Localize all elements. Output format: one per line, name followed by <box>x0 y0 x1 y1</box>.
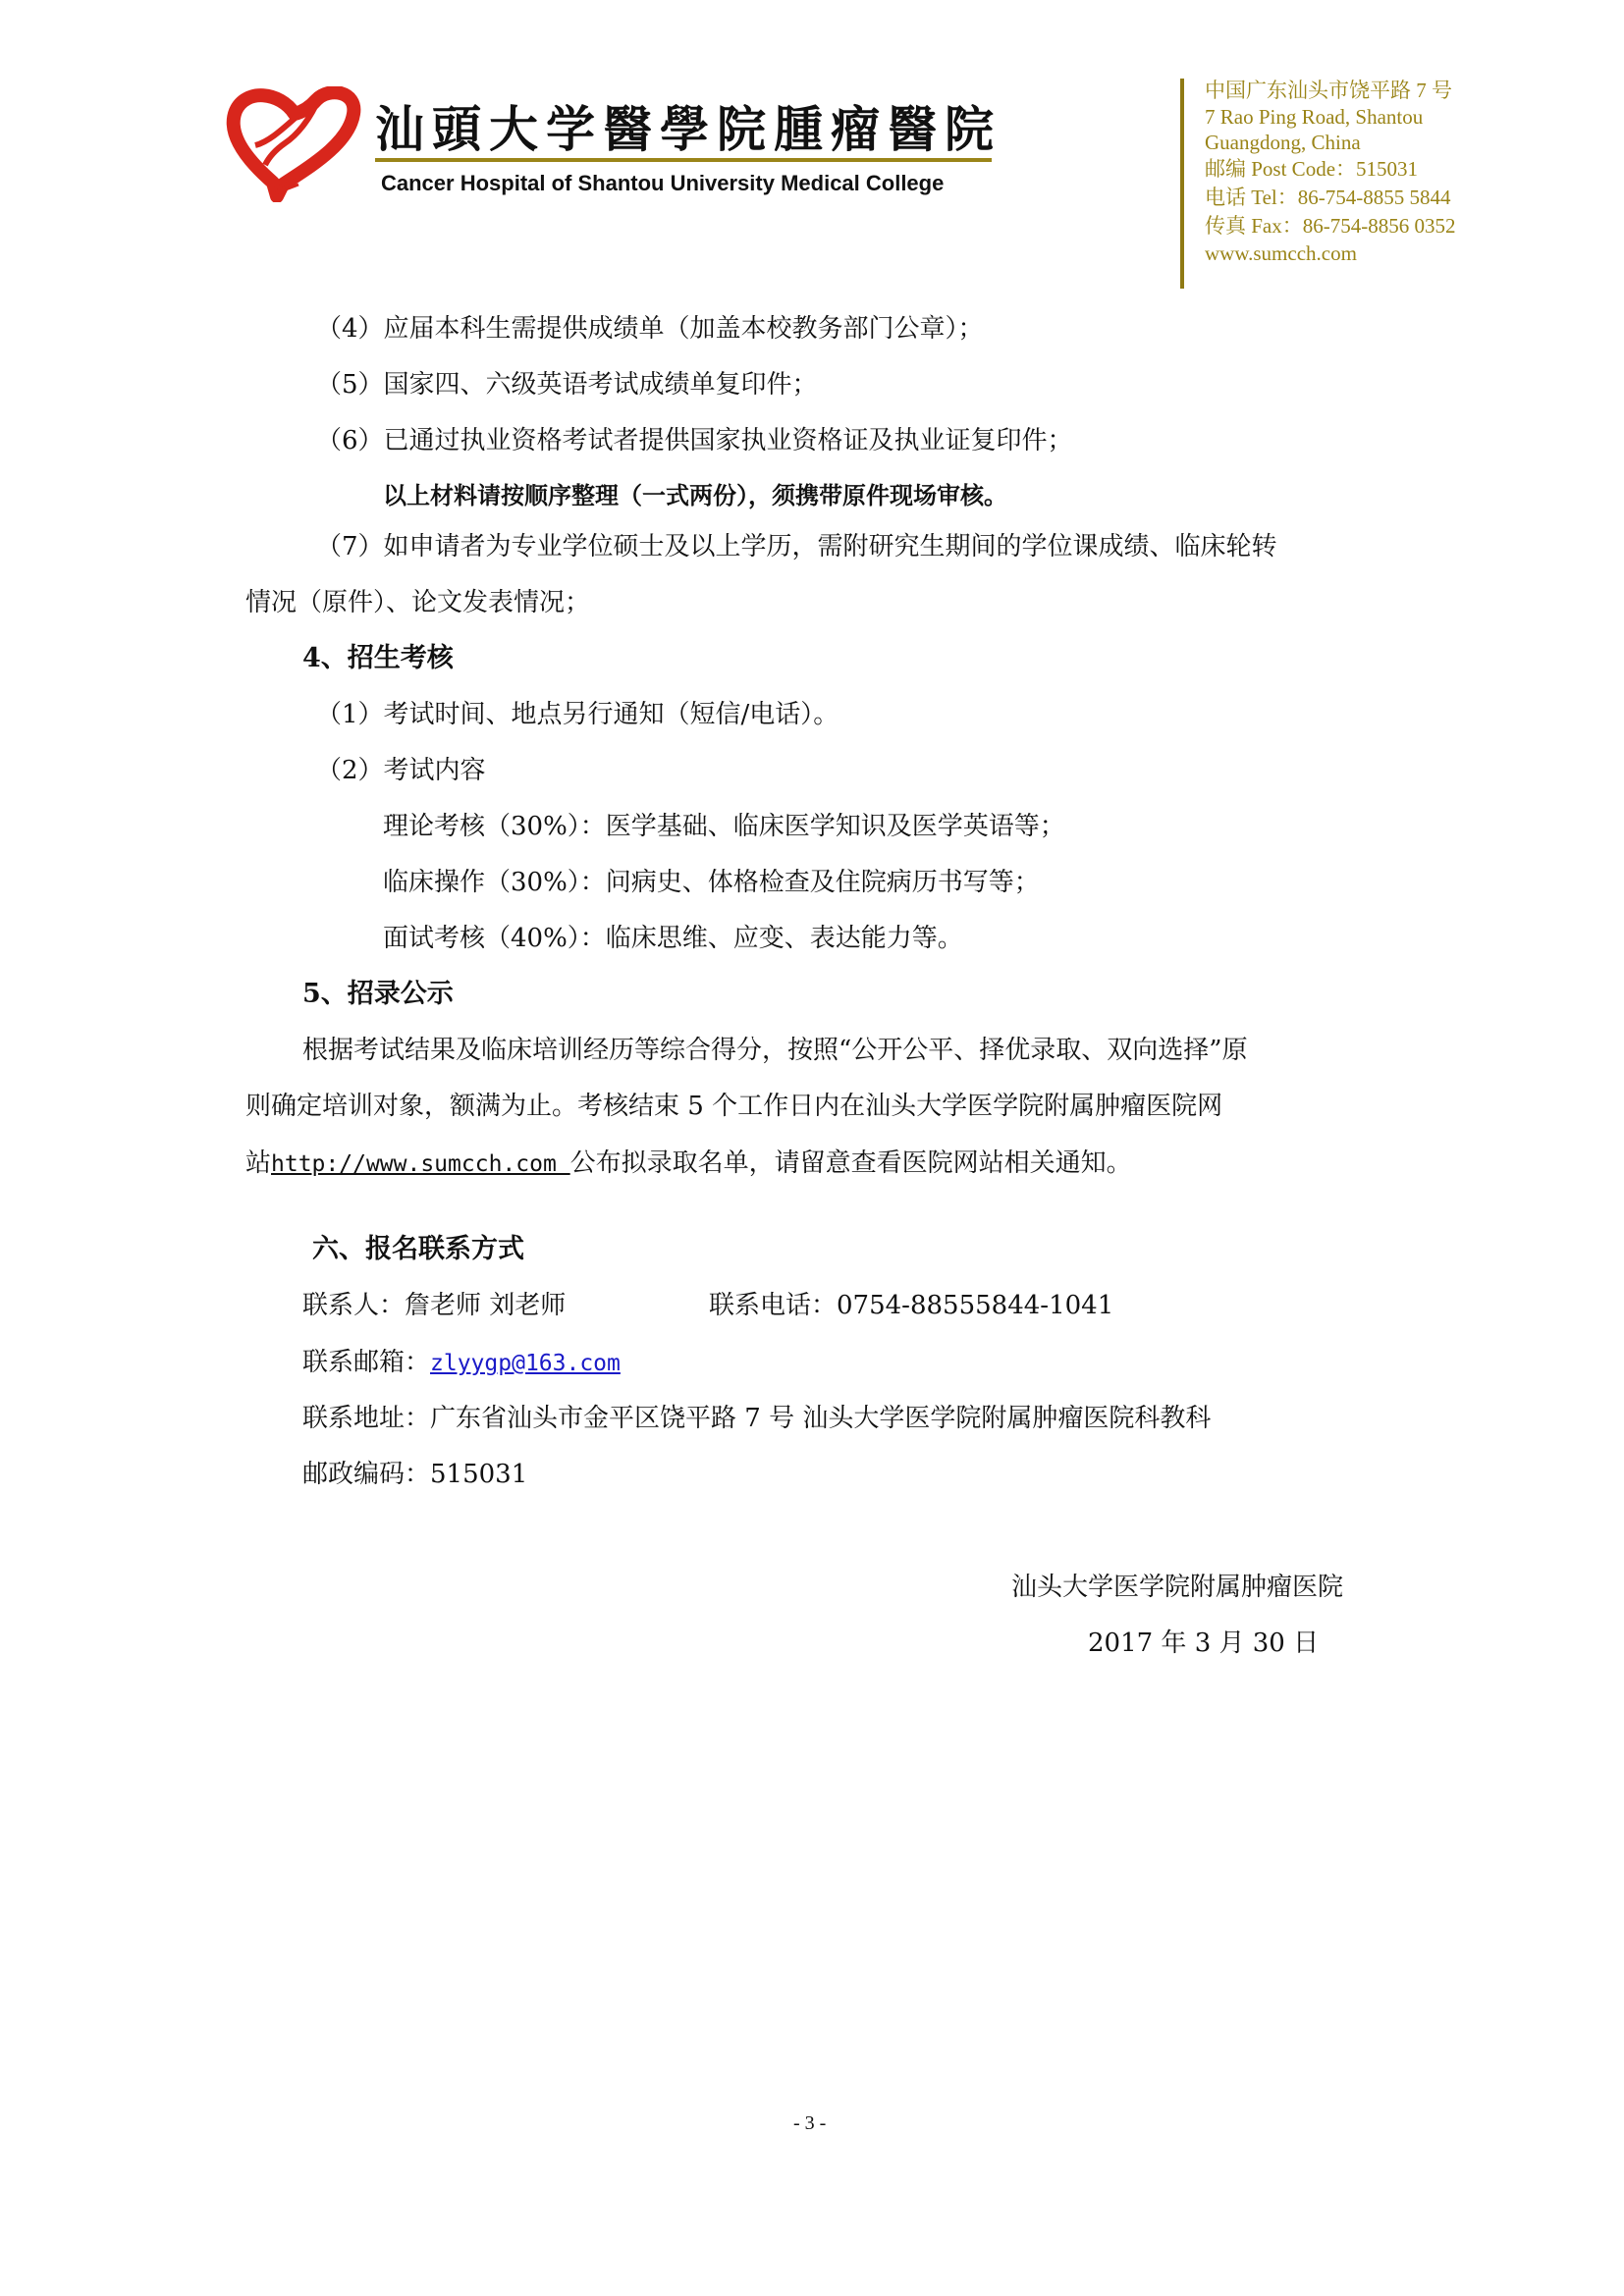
item-7-line-2: 情况（原件）、论文发表情况； <box>245 586 590 619</box>
contact-phone-row: 联系电话：0754-88555844-1041 <box>709 1289 1113 1322</box>
section-5-line-3: 站http://www.sumcch.com 公布拟录取名单，请留意查看医院网站… <box>245 1147 1132 1181</box>
section-4-title: 4、招生考核 <box>302 642 454 675</box>
address-fax: 传真 Fax：86-754-8856 0352 <box>1205 213 1456 240</box>
address-line-cn: 中国广东汕头市饶平路 7 号 <box>1205 78 1452 104</box>
section-5-line-3-prefix: 站 <box>245 1148 271 1178</box>
item-5: （5）国家四、六级英语考试成绩单复印件； <box>316 368 818 401</box>
signature-org: 汕头大学医学院附属肿瘤医院 <box>1011 1571 1343 1604</box>
contact-postcode-value: 515031 <box>430 1460 527 1489</box>
exam-part-theory: 理论考核（30%）：医学基础、临床医学知识及医学英语等； <box>383 810 1065 843</box>
page-number: - 3 - <box>793 2112 826 2135</box>
contact-email-row: 联系邮箱：zlyygp@163.com <box>302 1346 621 1380</box>
exam-part-interview: 面试考核（40%）：临床思维、应变、表达能力等。 <box>383 922 963 955</box>
materials-note: 以上材料请按顺序整理（一式两份），须携带原件现场审核。 <box>383 479 1007 512</box>
header-divider <box>375 158 992 162</box>
section-4-item-2: （2）考试内容 <box>316 754 486 787</box>
section-5-title: 5、招录公示 <box>302 978 454 1011</box>
address-line-street: 7 Rao Ping Road, Shantou <box>1205 104 1423 131</box>
section-5-line-3-suffix: 公布拟录取名单，请留意查看医院网站相关通知。 <box>570 1148 1132 1178</box>
item-4: （4）应届本科生需提供成绩单（加盖本校教务部门公章）； <box>316 312 984 346</box>
signature-date: 2017 年 3 月 30 日 <box>1088 1627 1319 1660</box>
contact-person-label: 联系人： <box>302 1291 405 1320</box>
contact-postcode-label: 邮政编码： <box>302 1460 430 1489</box>
exam-part-clinical: 临床操作（30%）：问病史、体格检查及住院病历书写等； <box>383 866 1040 899</box>
contact-email-label: 联系邮箱： <box>302 1348 430 1377</box>
section-5-line-1: 根据考试结果及临床培训经历等综合得分，按照“公开公平、择优录取、双向选择”原 <box>302 1034 1248 1067</box>
contact-address-row: 联系地址：广东省汕头市金平区饶平路 7 号 汕头大学医学院附属肿瘤医院科教科 <box>302 1402 1211 1435</box>
address-tel: 电话 Tel：86-754-8855 5844 <box>1205 185 1451 211</box>
section-5-line-2: 则确定培训对象，额满为止。考核结束 5 个工作日内在汕头大学医学院附属肿瘤医院网 <box>245 1090 1222 1123</box>
section-4-item-1: （1）考试时间、地点另行通知（短信/电话）。 <box>316 698 839 731</box>
address-line-province: Guangdong, China <box>1205 130 1361 156</box>
website-link[interactable]: http://www.sumcch.com <box>271 1151 570 1177</box>
contact-phone-label: 联系电话： <box>709 1291 837 1320</box>
contact-person-row: 联系人：詹老师 刘老师 <box>302 1289 566 1322</box>
contact-address-value: 广东省汕头市金平区饶平路 7 号 汕头大学医学院附属肿瘤医院科教科 <box>430 1404 1211 1433</box>
heart-logo-icon <box>226 86 363 202</box>
address-divider <box>1180 79 1184 289</box>
contact-address-label: 联系地址： <box>302 1404 430 1433</box>
section-6-title: 六、报名联系方式 <box>312 1233 524 1266</box>
contact-email-link[interactable]: zlyygp@163.com <box>430 1351 621 1376</box>
contact-phone-value: 0754-88555844-1041 <box>837 1291 1113 1320</box>
item-6: （6）已通过执业资格考试者提供国家执业资格证及执业证复印件； <box>316 424 1073 457</box>
hospital-name-en: Cancer Hospital of Shantou University Me… <box>381 171 944 196</box>
address-website[interactable]: www.sumcch.com <box>1205 240 1357 267</box>
contact-postcode-row: 邮政编码：515031 <box>302 1458 527 1491</box>
contact-person-value: 詹老师 刘老师 <box>405 1291 566 1320</box>
address-postcode: 邮编 Post Code：515031 <box>1205 156 1418 183</box>
hospital-name-cn: 汕頭大学醫學院腫瘤醫院 <box>375 90 1001 161</box>
item-7-line-1: （7）如申请者为专业学位硕士及以上学历，需附研究生期间的学位课成绩、临床轮转 <box>316 530 1277 563</box>
